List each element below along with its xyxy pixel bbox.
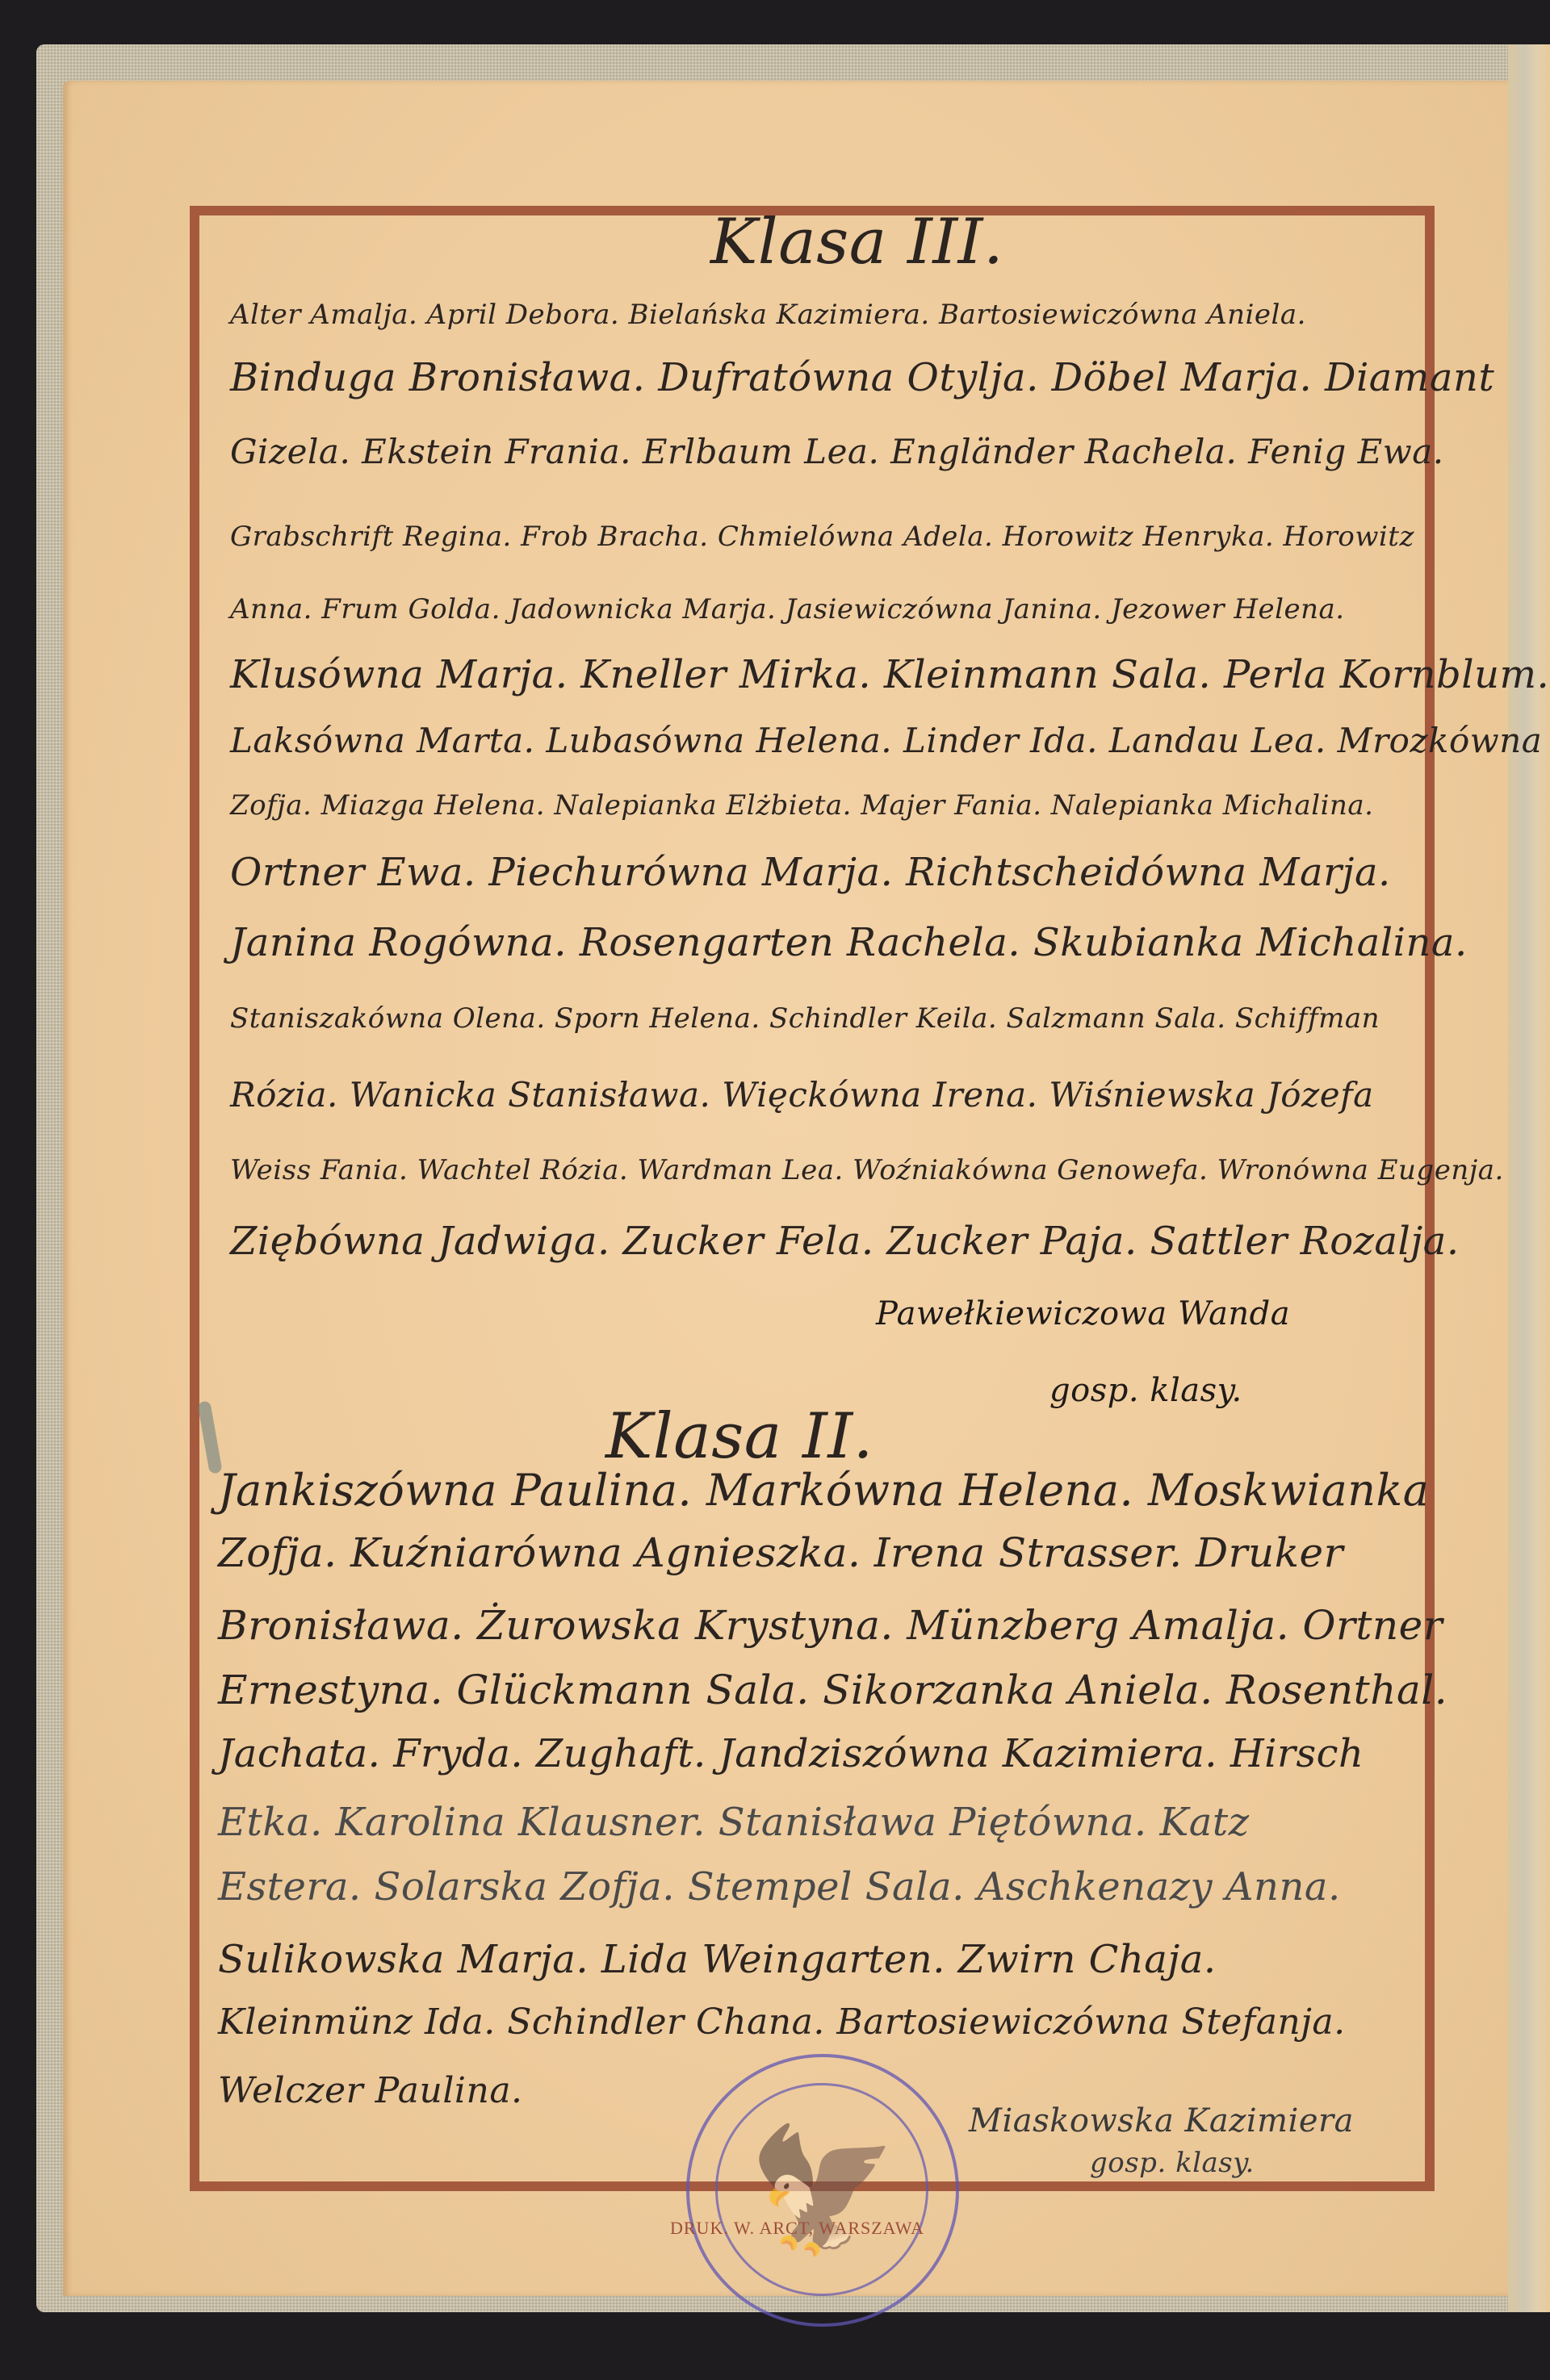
eagle-emblem-icon: 🦅 [748,2119,899,2261]
class-3-line: Alter Amalja. April Debora. Bielańska Ka… [230,299,1306,331]
class-2-line: Sulikowska Marja. Lida Weingarten. Zwirn… [218,1937,1217,1982]
class-3-line: Weiss Fania. Wachtel Rózia. Wardman Lea.… [230,1154,1504,1186]
class-2-line: Etka. Karolina Klausner. Stanisława Pięt… [218,1800,1250,1845]
class-3-line: Klusówna Marja. Kneller Mirka. Kleinmann… [230,652,1549,697]
class-3-line: Janina Rogówna. Rosengarten Rachela. Sku… [230,920,1468,965]
class-2-line: Ernestyna. Glückmann Sala. Sikorzanka An… [218,1667,1447,1713]
class-2-line: Estera. Solarska Zofja. Stempel Sala. As… [218,1864,1341,1909]
class-3-line: Zofja. Miazga Helena. Nalepianka Elżbiet… [230,789,1373,822]
class-3-line: Gizela. Ekstein Frania. Erlbaum Lea. Eng… [230,432,1444,471]
class-3-line: Laksówna Marta. Lubasówna Helena. Linder… [230,721,1542,760]
class-3-line: Ziębówna Jadwiga. Zucker Fela. Zucker Pa… [230,1219,1460,1264]
book-gutter [1508,44,1550,2312]
class-3-title: Klasa III. [710,206,1003,278]
school-stamp: 🦅 [686,2054,959,2327]
class-3-line: Binduga Bronisława. Dufratówna Otylja. D… [230,355,1494,400]
class-3-line: Staniszakówna Olena. Sporn Helena. Schin… [230,1002,1380,1035]
class-3-teacher-signature: Pawełkiewiczowa Wanda [876,1295,1290,1332]
class-2-line: Jankiszówna Paulina. Markówna Helena. Mo… [218,1465,1429,1516]
class-3-teacher-role: gosp. klasy. [1049,1372,1242,1409]
class-2-line: Kleinmünz Ida. Schindler Chana. Bartosie… [218,2001,1346,2043]
class-2-line: Jachata. Fryda. Zughaft. Jandziszówna Ka… [218,1731,1364,1776]
class-2-line: Welczer Paulina. [218,2070,523,2111]
class-2-line: Bronisława. Żurowska Krystyna. Münzberg … [218,1602,1443,1649]
class-2-teacher-role: gosp. klasy. [1090,2147,1255,2179]
class-3-line: Grabschrift Regina. Frob Bracha. Chmieló… [230,521,1414,553]
class-2-title: Klasa II. [605,1400,873,1473]
class-3-line: Anna. Frum Golda. Jadownicka Marja. Jasi… [230,593,1345,625]
printer-mark: DRUK. W. ARCT, WARSZAWA [670,2218,924,2239]
class-3-line: Rózia. Wanicka Stanisława. Więckówna Ire… [230,1075,1374,1115]
class-3-line: Ortner Ewa. Piechurówna Marja. Richtsche… [230,850,1391,895]
class-2-line: Zofja. Kuźniarówna Agnieszka. Irena Stra… [218,1529,1343,1576]
class-2-teacher-signature: Miaskowska Kazimiera [969,2102,1354,2139]
